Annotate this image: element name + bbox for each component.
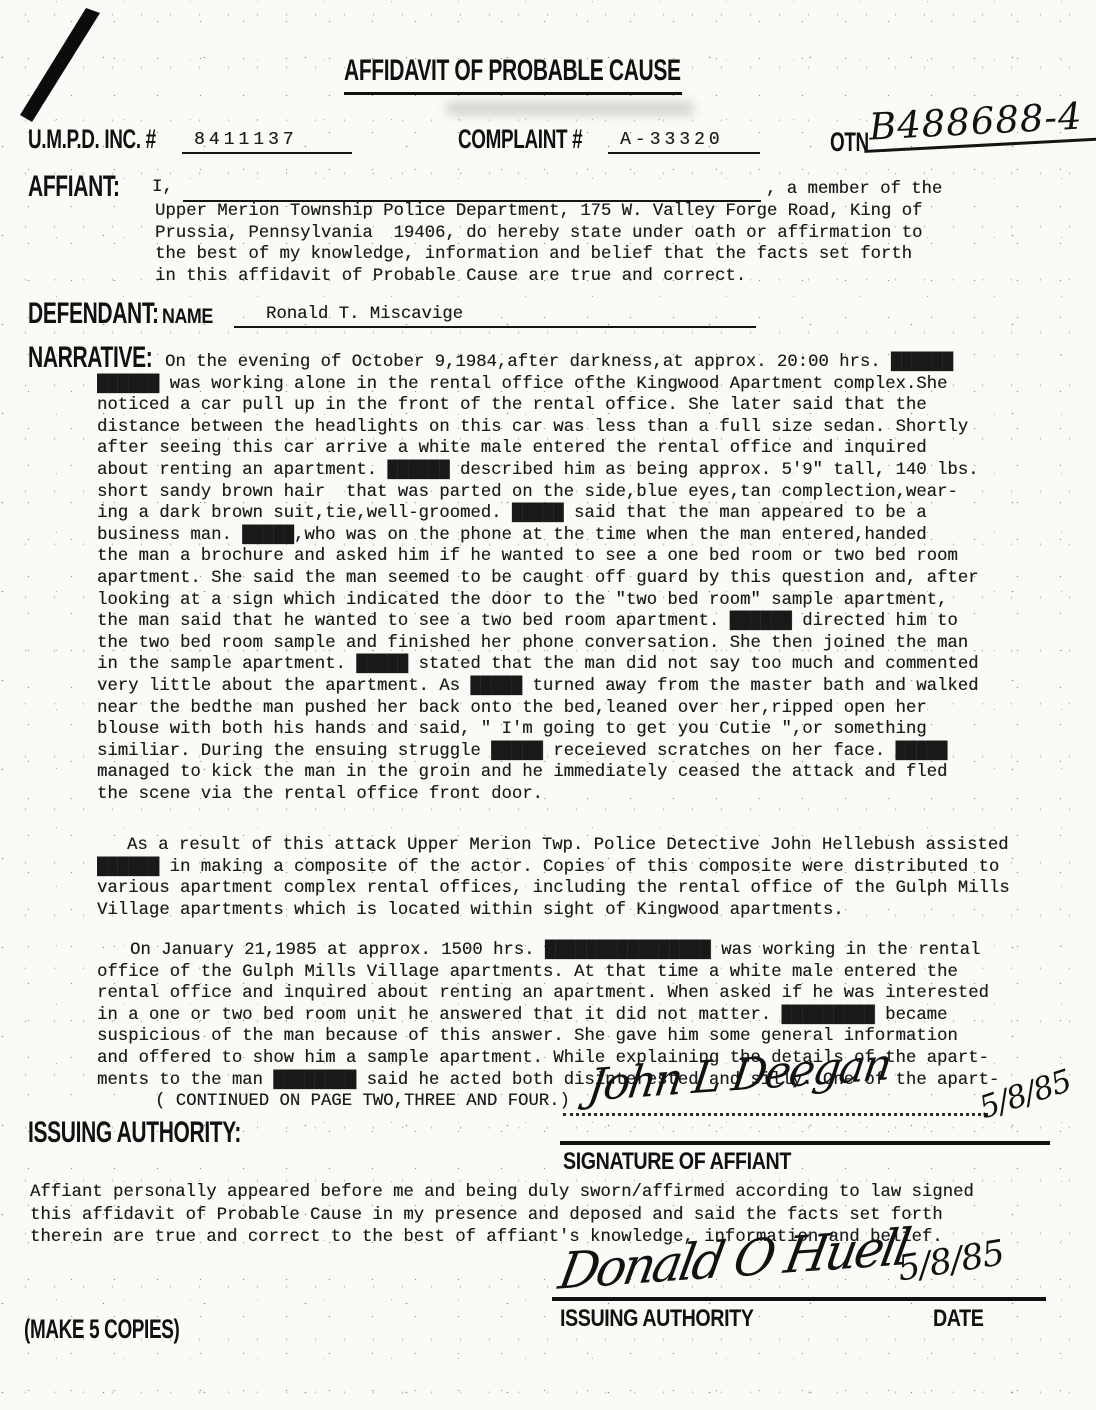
- affiant-signature-line: [560, 1141, 1050, 1145]
- complaint-number-value: A-33320: [608, 130, 724, 152]
- incident-number-blank: 8411137: [182, 126, 352, 154]
- scan-smudge: [445, 101, 695, 116]
- issuing-authority-caption: ISSUING AUTHORITY: [560, 1305, 753, 1333]
- incident-number-value: 8411137: [182, 130, 298, 152]
- affiant-after-blank: , a member of the: [766, 180, 942, 199]
- affidavit-page: AFFIDAVIT OF PROBABLE CAUSE U.M.P.D. INC…: [0, 0, 1096, 1410]
- affiant-name-blank: [183, 174, 761, 202]
- page-title: AFFIDAVIT OF PROBABLE CAUSE: [344, 54, 682, 95]
- affiant-statement: Upper Merion Township Police Department,…: [155, 201, 922, 287]
- issuing-authority-signature-line: [552, 1297, 1046, 1301]
- signature-of-affiant-caption: SIGNATURE OF AFFIANT: [563, 1148, 791, 1176]
- affiant-lead: I,: [152, 178, 173, 197]
- defendant-name-label: NAME: [162, 305, 213, 329]
- make-copies-note: (MAKE 5 COPIES): [24, 1314, 179, 1345]
- incident-number-label: U.M.P.D. INC. #: [28, 124, 156, 155]
- defendant-label: DEFENDANT:: [28, 297, 159, 331]
- otn-handwritten-number: B488688-4: [862, 93, 1096, 153]
- continued-note: ( CONTINUED ON PAGE TWO,THREE AND FOUR.): [155, 1092, 570, 1111]
- issuing-authority-label: ISSUING AUTHORITY:: [28, 1116, 241, 1150]
- narrative-paragraph-1: On the evening of October 9,1984,after d…: [97, 352, 979, 805]
- affiant-signature-dotted-line: [563, 1113, 988, 1116]
- date-caption: DATE: [933, 1305, 983, 1333]
- defendant-name-blank: Ronald T. Miscavige: [234, 300, 756, 328]
- affiant-label: AFFIANT:: [28, 170, 120, 204]
- defendant-name-value: Ronald T. Miscavige: [234, 305, 463, 326]
- pen-stroke-mark: [12, 8, 112, 128]
- narrative-paragraph-2: As a result of this attack Upper Merion …: [97, 835, 1010, 921]
- complaint-number-label: COMPLAINT #: [458, 124, 582, 155]
- complaint-number-blank: A-33320: [608, 126, 760, 154]
